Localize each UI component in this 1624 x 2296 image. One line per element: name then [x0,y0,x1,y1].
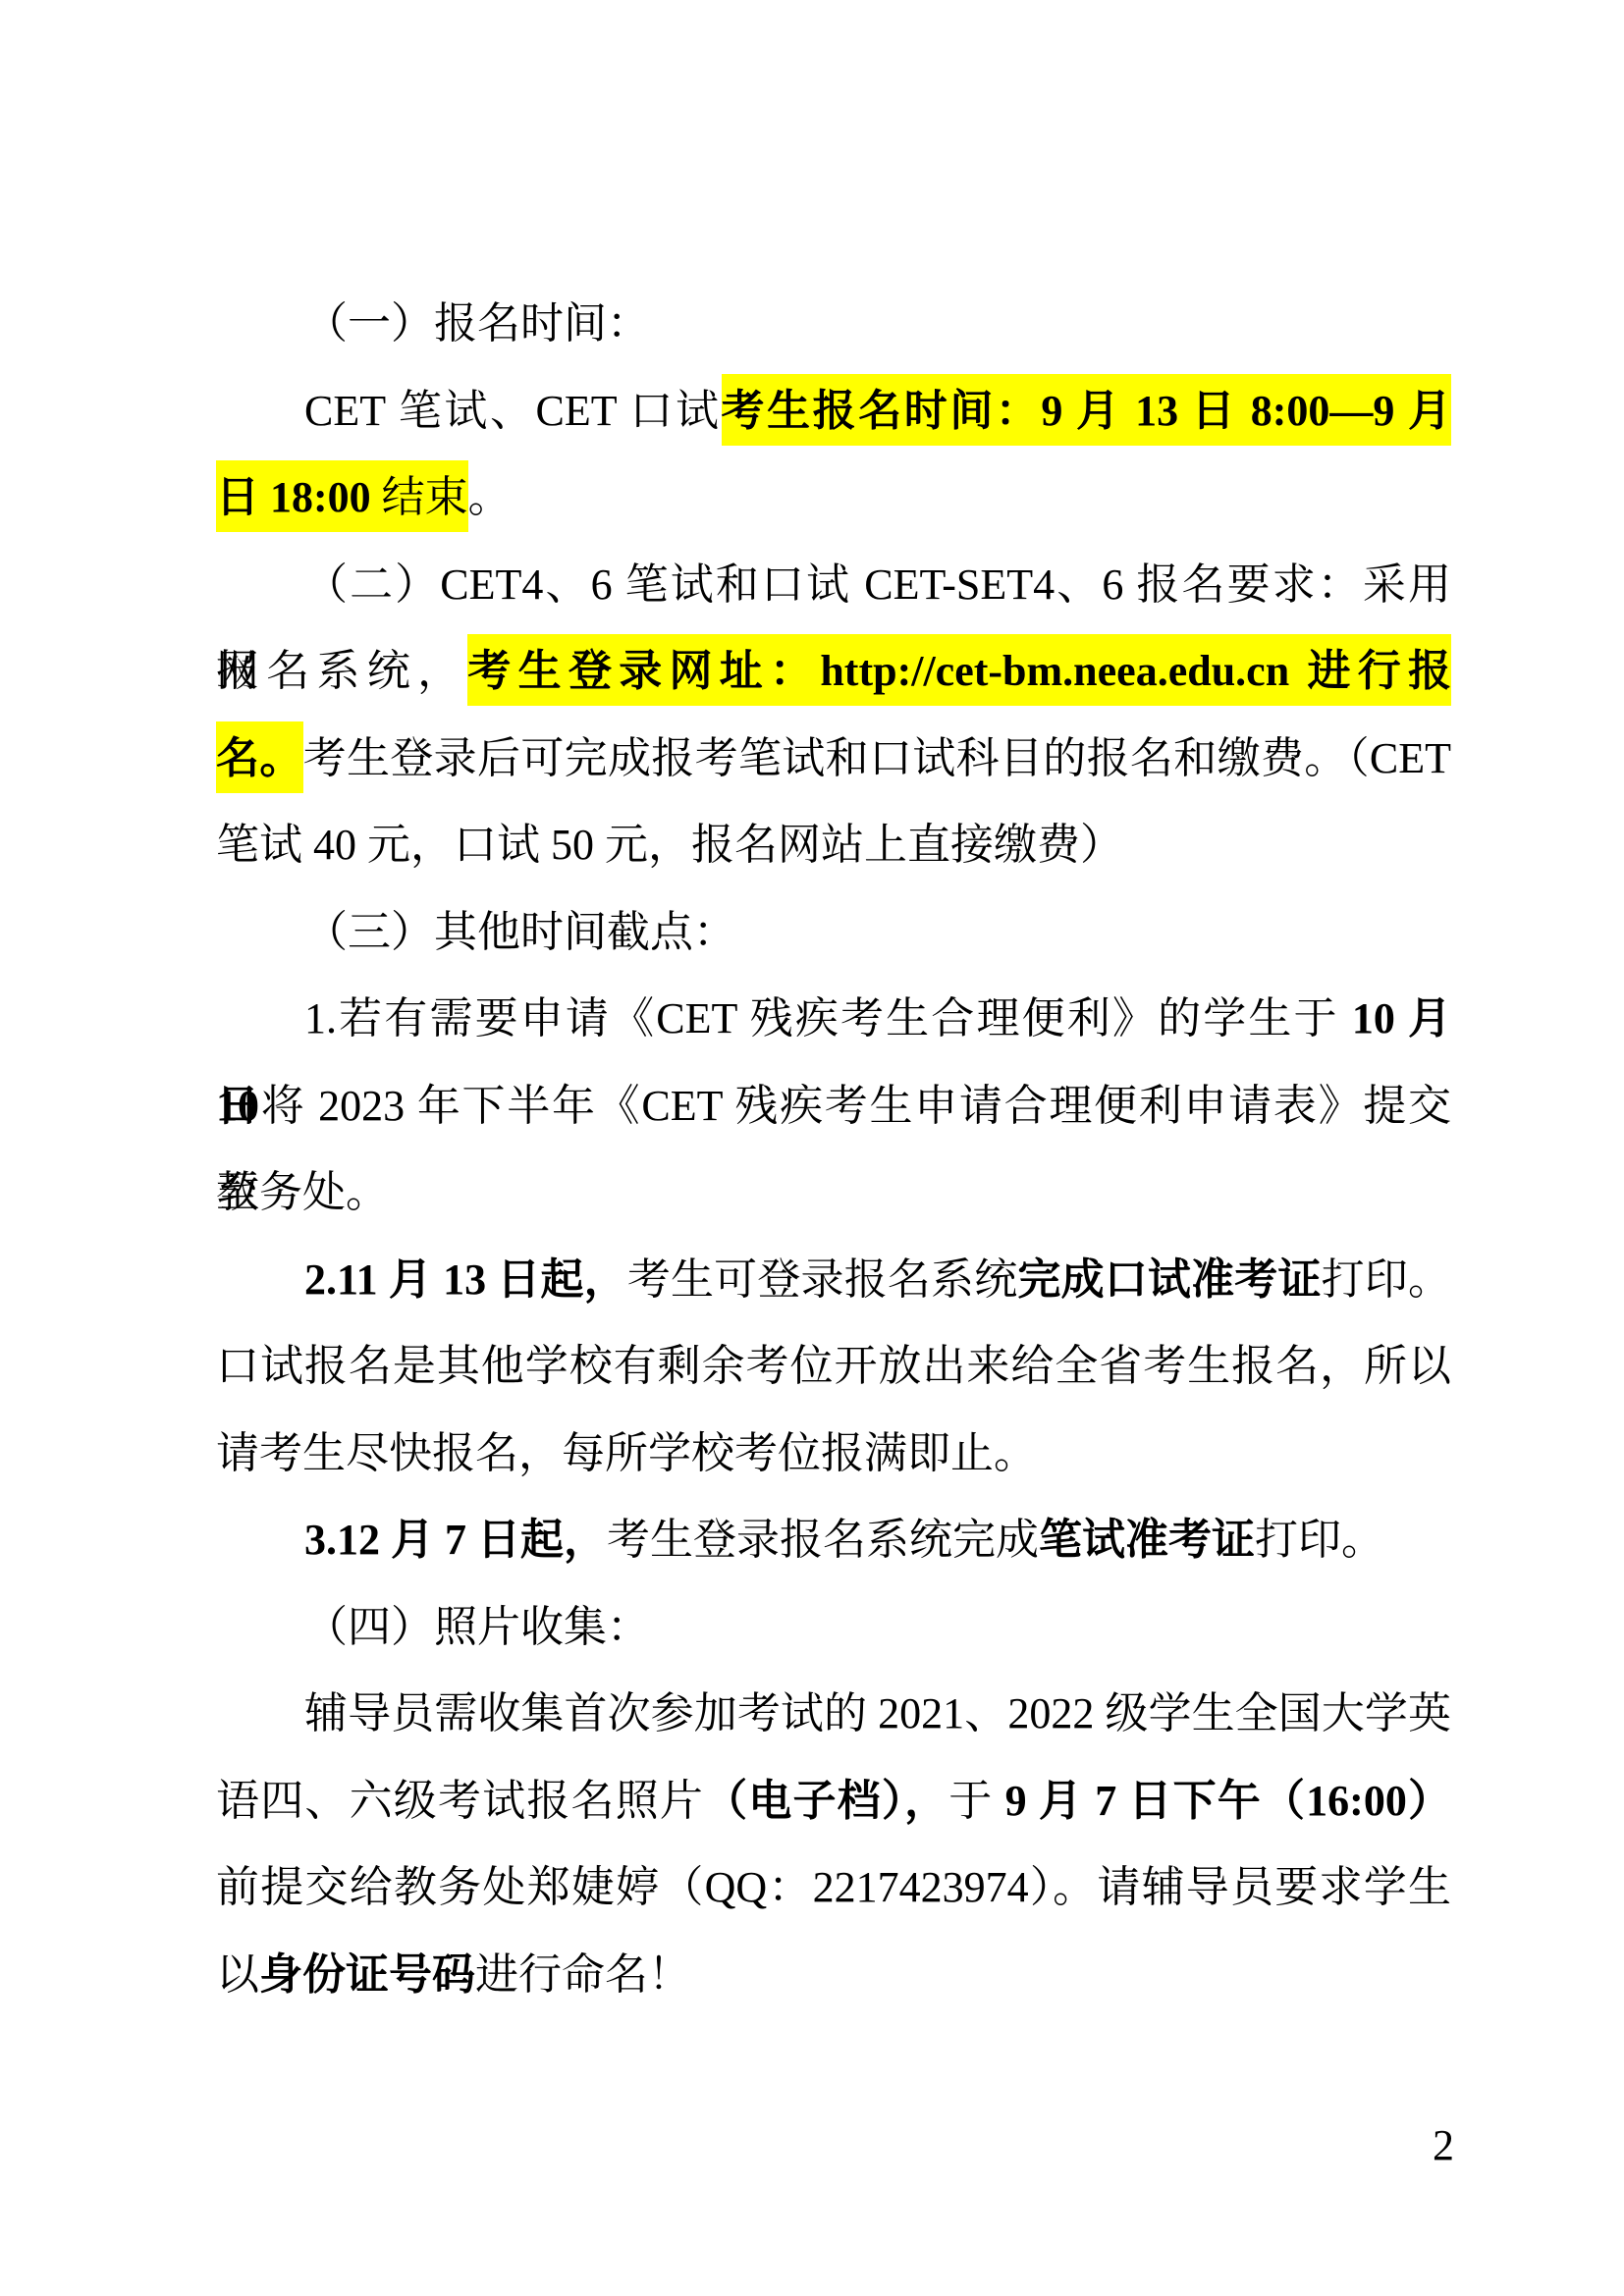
text-run: 打印。 [1322,1255,1451,1304]
text-run: 9 月 7 日下午（16:00） [1005,1777,1451,1825]
text-run: （一）报名时间： [304,299,650,347]
text-line: 日 18:00 结束。 [216,454,1451,542]
text-run: 1.若有需要申请《CET 残疾考生合理便利》的学生于 [304,994,1352,1042]
text-line: 报名系统，考生登录网址：http://cet-bm.neea.edu.cn 进行… [216,628,1451,716]
text-line: 辅导员需收集首次参加考试的 2021、2022 级学生全国大学英 [216,1671,1451,1758]
text-line: 教务处。 [216,1149,1451,1237]
text-line: 1.若有需要申请《CET 残疾考生合理便利》的学生于 10 月 10 [216,976,1451,1063]
text-run: 语四、六级考试报名照片 [216,1777,704,1825]
text-run: 考生登录后可完成报考笔试和口试科目的报名和缴费。（CET [303,734,1451,782]
text-run: 。 [468,473,512,521]
text-run: 报名系统， [216,647,467,695]
text-run: 完成口试准考证 [1017,1255,1321,1304]
text-line: 口试报名是其他学校有剩余考位开放出来给全省考生报名，所以 [216,1323,1451,1411]
text-run: 于 [948,1777,1004,1825]
text-run: 3.12 月 7 日起， [304,1516,607,1564]
text-line: 2.11 月 13 日起，考生可登录报名系统完成口试准考证打印。 [216,1237,1451,1324]
text-line: 3.12 月 7 日起，考生登录报名系统完成笔试准考证打印。 [216,1497,1451,1584]
text-run: 笔试准考证 [1039,1516,1255,1564]
text-line: 语四、六级考试报名照片（电子档），于 9 月 7 日下午（16:00） [216,1758,1451,1845]
text-run: 2.11 月 13 日起， [304,1255,627,1304]
text-run: 请考生尽快报名，每所学校考位报满即止。 [216,1429,1037,1477]
text-line: （三）其他时间截点： [216,889,1451,977]
text-line: 笔试 40 元，口试 50 元，报名网站上直接缴费） [216,802,1451,889]
highlighted-text-run: 结束 [371,460,468,532]
text-run: （三）其他时间截点： [304,908,736,956]
text-run: CET 笔试、CET 口试 [304,387,722,435]
text-line: 日将 2023 年下半年《CET 残疾考生申请合理便利申请表》提交至 [216,1063,1451,1150]
text-line: 请考生尽快报名，每所学校考位报满即止。 [216,1411,1451,1498]
text-run: 日 [216,1082,261,1130]
text-run: （四）照片收集： [304,1603,650,1651]
highlighted-text-run: 日 18:00 [216,460,371,532]
text-run: 以 [216,1950,259,1999]
text-run: 考生登录报名系统完成 [607,1516,1039,1564]
text-run: 进行命名！ [475,1950,691,1999]
text-run: 教务处。 [216,1168,389,1216]
text-run: 口试报名是其他学校有剩余考位开放出来给全省考生报名，所以 [216,1342,1451,1390]
text-line: （一）报名时间： [216,281,1451,368]
text-line: 前提交给教务处郑婕婷（QQ：2217423974）。请辅导员要求学生 [216,1844,1451,1932]
text-line: 以身份证号码进行命名！ [216,1932,1451,2019]
text-run: 身份证号码 [259,1950,475,1999]
text-run: 考生可登录报名系统 [627,1255,1018,1304]
text-run: 打印。 [1255,1516,1384,1564]
text-run: 前提交给教务处郑婕婷（QQ：2217423974）。请辅导员要求学生 [216,1863,1451,1911]
text-line: （二）CET4、6 笔试和口试 CET-SET4、6 报名要求：采用网上 [216,542,1451,629]
text-run: （电子档）， [704,1777,948,1825]
page-number: 2 [1414,2116,1473,2175]
document-body: （一）报名时间：CET 笔试、CET 口试考生报名时间：9 月 13 日 8:0… [216,281,1451,2018]
text-run: 辅导员需收集首次参加考试的 2021、2022 级学生全国大学英 [304,1689,1451,1737]
text-run: 笔试 40 元，口试 50 元，报名网站上直接缴费） [216,821,1123,869]
highlighted-text-run: 考生登录网址：http://cet-bm.neea.edu.cn 进行报 [467,634,1451,706]
text-line: CET 笔试、CET 口试考生报名时间：9 月 13 日 8:00—9 月 23 [216,368,1451,455]
highlighted-text-run: 名。 [216,721,303,793]
text-line: （四）照片收集： [216,1584,1451,1672]
text-line: 名。考生登录后可完成报考笔试和口试科目的报名和缴费。（CET [216,716,1451,803]
document-page: （一）报名时间：CET 笔试、CET 口试考生报名时间：9 月 13 日 8:0… [0,0,1624,2296]
